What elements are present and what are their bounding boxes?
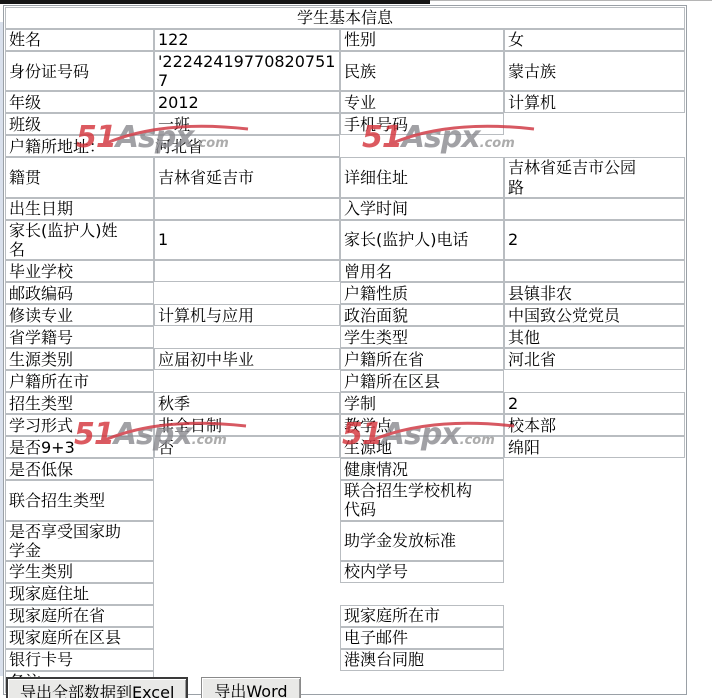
- field-label-cell: 生源地: [340, 436, 504, 458]
- field-label-cell: 助学金发放标准: [340, 521, 504, 561]
- field-label-cell: 姓名: [5, 29, 154, 51]
- field-value-cell: 计算机与应用: [154, 304, 340, 326]
- field-value-cell: 县镇非农: [504, 282, 685, 304]
- table-row: 学习形式非全日制教学点校本部: [5, 414, 685, 436]
- title-row: 学生基本信息: [5, 7, 685, 29]
- table-row: 身份证号码'222424197708207517民族蒙古族: [5, 51, 685, 91]
- table-row: 是否9+3否生源地绵阳: [5, 436, 685, 458]
- field-label-cell: 年级: [5, 91, 154, 113]
- empty-cell: [504, 458, 685, 480]
- field-label-cell: 学制: [340, 392, 504, 414]
- field-label-cell: 招生类型: [5, 392, 154, 414]
- table-row: 户籍所在市户籍所在区县: [5, 370, 685, 392]
- field-label-cell: 港澳台同胞: [340, 649, 504, 671]
- empty-cell: [504, 370, 685, 392]
- field-label-cell: 现家庭所在省: [5, 605, 154, 627]
- field-value-cell: 否: [154, 436, 340, 458]
- field-label-cell: 是否低保: [5, 458, 154, 480]
- empty-cell: [504, 521, 685, 561]
- export-excel-button[interactable]: 导出全部数据到Excel: [6, 677, 188, 698]
- empty-cell: [154, 326, 340, 348]
- field-label-cell: 性别: [340, 29, 504, 51]
- table-row: 现家庭住址: [5, 583, 685, 605]
- wrapped-text: 是否享受国家助学金: [9, 522, 133, 560]
- empty-cell: [154, 561, 340, 583]
- field-label-cell: 户籍所在省: [340, 348, 504, 370]
- wrapped-text: 家长(监护人)姓名: [9, 221, 133, 259]
- export-word-button[interactable]: 导出Word: [201, 677, 300, 698]
- field-label-cell: 政治面貌: [340, 304, 504, 326]
- export-button-bar: 导出全部数据到Excel 导出Word: [6, 677, 301, 698]
- field-label-cell: 学生类别: [5, 561, 154, 583]
- field-value-cell: [154, 260, 340, 282]
- empty-cell: [154, 458, 340, 480]
- field-value-cell: 女: [504, 29, 685, 51]
- field-label-cell: 是否享受国家助学金: [5, 521, 154, 561]
- table-row: 籍贯吉林省延吉市详细住址吉林省延吉市公园路: [5, 157, 685, 197]
- field-label-cell: 户籍所在市: [5, 370, 154, 392]
- table-row: 现家庭所在区县电子邮件: [5, 627, 685, 649]
- empty-cell: [154, 521, 340, 561]
- student-info-table-container: 学生基本信息姓名122性别女身份证号码'222424197708207517民族…: [3, 5, 687, 695]
- field-value-cell: 河北省: [504, 348, 685, 370]
- form-title: 学生基本信息: [5, 7, 685, 29]
- empty-cell: [154, 627, 340, 649]
- field-value-cell: 122: [154, 29, 340, 51]
- field-value-cell: 2: [504, 392, 685, 414]
- table-row: 出生日期入学时间: [5, 198, 685, 220]
- table-row: 招生类型秋季学制2: [5, 392, 685, 414]
- field-value-cell: 1: [154, 220, 340, 260]
- field-label-cell: 籍贯: [5, 157, 154, 197]
- field-label-cell: 省学籍号: [5, 326, 154, 348]
- field-value-cell: 中国致公党党员: [504, 304, 685, 326]
- field-label-cell: 家长(监护人)电话: [340, 220, 504, 260]
- field-value-cell: 2: [504, 220, 685, 260]
- field-label-cell: 身份证号码: [5, 51, 154, 91]
- field-label-cell: 家长(监护人)姓名: [5, 220, 154, 260]
- wrapped-text: 吉林省延吉市公园路: [508, 158, 643, 196]
- field-label-cell: 户籍所在区县: [340, 370, 504, 392]
- field-label-cell: 详细住址: [340, 157, 504, 197]
- field-label-cell: 联合招生学校机构代码: [340, 480, 504, 520]
- field-value-cell: 非全日制: [154, 414, 340, 436]
- empty-cell: [504, 605, 685, 627]
- field-value-cell: [504, 198, 685, 220]
- field-label-cell: 民族: [340, 51, 504, 91]
- field-label-cell: 邮政编码: [5, 282, 154, 304]
- field-label-cell: 班级: [5, 113, 154, 135]
- field-label-cell: 入学时间: [340, 198, 504, 220]
- empty-cell: [504, 583, 685, 605]
- table-row: 联合招生类型联合招生学校机构代码: [5, 480, 685, 520]
- field-label-cell: 电子邮件: [340, 627, 504, 649]
- field-value-cell: 计算机: [504, 91, 685, 113]
- empty-cell: [504, 480, 685, 520]
- field-value-cell: 蒙古族: [504, 51, 685, 91]
- field-value-cell: 一班: [154, 113, 340, 135]
- table-row: 是否享受国家助学金助学金发放标准: [5, 521, 685, 561]
- table-row: 家长(监护人)姓名1家长(监护人)电话2: [5, 220, 685, 260]
- table-row: 修读专业计算机与应用政治面貌中国致公党党员: [5, 304, 685, 326]
- empty-cell: [154, 583, 340, 605]
- field-label-cell: 出生日期: [5, 198, 154, 220]
- empty-cell: [504, 561, 685, 583]
- empty-cell: [154, 605, 340, 627]
- table-row: 毕业学校曾用名: [5, 260, 685, 282]
- field-label-cell: 是否9+3: [5, 436, 154, 458]
- field-label-cell: 修读专业: [5, 304, 154, 326]
- empty-cell: [504, 113, 685, 135]
- field-label-cell: 现家庭住址: [5, 583, 154, 605]
- field-value-cell: 其他: [504, 326, 685, 348]
- empty-cell: [154, 480, 340, 520]
- empty-cell: [504, 627, 685, 649]
- field-value-cell: 2012: [154, 91, 340, 113]
- field-value-cell: 吉林省延吉市公园路: [504, 157, 685, 197]
- table-row: 班级一班手机号码: [5, 113, 685, 135]
- table-row: 现家庭所在省现家庭所在市: [5, 605, 685, 627]
- field-value-cell: 吉林省延吉市: [154, 157, 340, 197]
- table-row: 姓名122性别女: [5, 29, 685, 51]
- field-label-cell: 教学点: [340, 414, 504, 436]
- empty-cell: [154, 649, 340, 671]
- field-label: 户籍所地址：: [9, 137, 155, 156]
- table-row: 银行卡号港澳台同胞: [5, 649, 685, 671]
- table-row: 邮政编码户籍性质县镇非农: [5, 282, 685, 304]
- table-row: 生源类别应届初中毕业户籍所在省河北省: [5, 348, 685, 370]
- field-value-cell: '222424197708207517: [154, 51, 340, 91]
- table-row: 省学籍号学生类型其他: [5, 326, 685, 348]
- empty-cell: [340, 583, 504, 605]
- empty-cell: [340, 135, 685, 157]
- field-label-cell: 银行卡号: [5, 649, 154, 671]
- field-label-cell: 毕业学校: [5, 260, 154, 282]
- table-row: 户籍所地址：河北省: [5, 135, 685, 157]
- empty-cell: [340, 671, 504, 693]
- field-value: 河北省: [155, 137, 203, 156]
- student-info-page: 学生基本信息姓名122性别女身份证号码'222424197708207517民族…: [0, 0, 712, 698]
- household-address-cell: 户籍所地址：河北省: [5, 135, 340, 157]
- field-label-cell: 学生类型: [340, 326, 504, 348]
- field-label-cell: 联合招生类型: [5, 480, 154, 520]
- field-value-cell: 校本部: [504, 414, 685, 436]
- field-label-cell: 户籍性质: [340, 282, 504, 304]
- field-value-cell: 秋季: [154, 392, 340, 414]
- table-row: 是否低保健康情况: [5, 458, 685, 480]
- field-value-cell: [154, 198, 340, 220]
- field-value-cell: [504, 260, 685, 282]
- empty-cell: [154, 370, 340, 392]
- wrapped-text: 联合招生学校机构代码: [344, 481, 479, 519]
- empty-cell: [504, 649, 685, 671]
- table-row: 年级2012专业计算机: [5, 91, 685, 113]
- field-label-cell: 生源类别: [5, 348, 154, 370]
- top-black-bar: [0, 0, 430, 4]
- empty-cell: [154, 282, 340, 304]
- empty-cell: [504, 671, 685, 693]
- field-value-cell: 应届初中毕业: [154, 348, 340, 370]
- table-row: 学生类别校内学号: [5, 561, 685, 583]
- field-label-cell: 现家庭所在市: [340, 605, 504, 627]
- field-label-cell: 曾用名: [340, 260, 504, 282]
- field-label-cell: 现家庭所在区县: [5, 627, 154, 649]
- student-info-table: 学生基本信息姓名122性别女身份证号码'222424197708207517民族…: [5, 7, 685, 693]
- field-label-cell: 健康情况: [340, 458, 504, 480]
- field-value-cell: 绵阳: [504, 436, 685, 458]
- field-label-cell: 学习形式: [5, 414, 154, 436]
- field-label-cell: 专业: [340, 91, 504, 113]
- field-label-cell: 校内学号: [340, 561, 504, 583]
- field-label-cell: 手机号码: [340, 113, 504, 135]
